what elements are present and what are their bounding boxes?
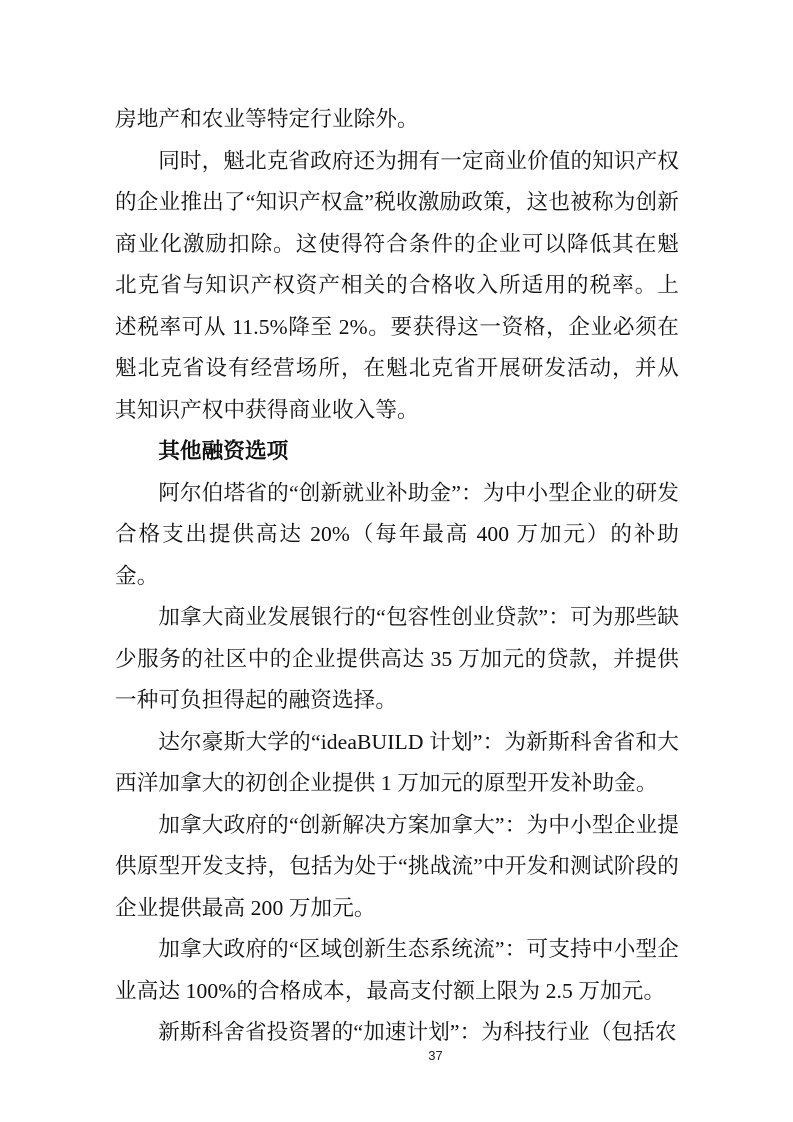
document-text-block: 房地产和农业等特定行业除外。 同时，魁北克省政府还为拥有一定商业价值的知识产权的… (115, 99, 679, 1054)
paragraph-dalhousie-ideabuild: 达尔豪斯大学的“ideaBUILD 计划”：为新斯科舍省和大西洋加拿大的初创企业… (115, 722, 679, 805)
page-number: 37 (39, 1048, 793, 1063)
paragraph-regional-innovation-ecosystems: 加拿大政府的“区域创新生态系统流”：可支持中小型企业高达 100%的合格成本，最… (115, 929, 679, 1012)
paragraph-innovative-solutions-canada: 加拿大政府的“创新解决方案加拿大”：为中小型企业提供原型开发支持，包括为处于“挑… (115, 805, 679, 930)
paragraph-quebec-ip-box: 同时，魁北克省政府还为拥有一定商业价值的知识产权的企业推出了“知识产权盒”税收激… (115, 141, 679, 432)
paragraph-carryover: 房地产和农业等特定行业除外。 (115, 99, 679, 141)
section-heading-other-financing-options: 其他融资选项 (115, 431, 679, 473)
paragraph-bdc-inclusive-loan: 加拿大商业发展银行的“包容性创业贷款”：可为那些缺少服务的社区中的企业提供高达 … (115, 597, 679, 722)
document-page: 房地产和农业等特定行业除外。 同时，魁北克省政府还为拥有一定商业价值的知识产权的… (0, 0, 793, 1122)
paragraph-alberta-innovation-grant: 阿尔伯塔省的“创新就业补助金”：为中小型企业的研发合格支出提供高达 20%（每年… (115, 473, 679, 598)
